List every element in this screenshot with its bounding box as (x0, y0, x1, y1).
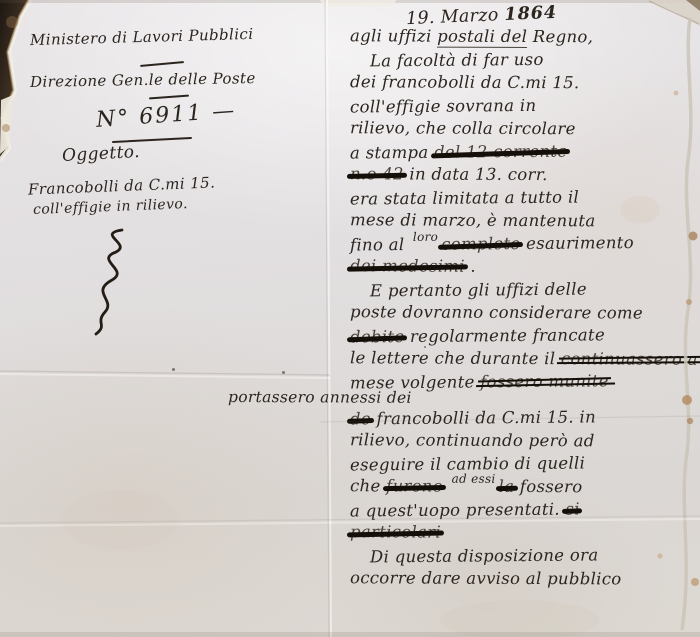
text-segment: era stata limitata a tutto il (350, 188, 579, 209)
manuscript-line: fino al lorocompleto esaurimento (350, 230, 698, 256)
subject-label: Oggetto. (62, 142, 141, 166)
ink-dot (424, 346, 426, 348)
struck-text: furono (386, 476, 443, 495)
text-segment: mese di marzo, è mantenuta (350, 210, 596, 230)
text-segment: che (350, 476, 386, 495)
text-segment: E pertanto gli uffizi delle (370, 280, 587, 301)
text-segment: 1864 (504, 3, 558, 25)
text-segment: occorre dare avviso al pubblico (350, 568, 622, 588)
struck-text: la (499, 477, 515, 496)
manuscript-line: che furono ad essila fossero (350, 474, 698, 499)
manuscript-line: La facoltà di far uso (370, 47, 698, 73)
struck-text: dei medesimi (350, 256, 465, 276)
text-segment: portassero annessi dei (228, 388, 412, 407)
struck-text: del 12 corrente (434, 142, 567, 162)
ink-dot (282, 371, 285, 374)
struck-text: particolari (350, 522, 441, 541)
struck-text: completo (441, 234, 521, 254)
manuscript-line: era stata limitata a tutto il (350, 184, 698, 210)
struck-text: fossero munite (480, 371, 609, 391)
letter-body: 19. Marzo 1864agli uffizi postali del Re… (350, 2, 698, 590)
text-segment: rilievo, che colla circolare (350, 118, 576, 138)
struck-text: debite (350, 327, 405, 346)
document-photo: Ministero di Lavori Pubblici Direzione G… (0, 0, 700, 637)
text-segment: coll'effigie sovrana in (350, 96, 537, 117)
struck-text: n.o 42 (350, 164, 404, 183)
manuscript-line: dei francobolli da C.mi 15. (350, 70, 698, 95)
manuscript-line: mese di marzo, è mantenuta (350, 208, 698, 233)
text-segment: postali del (437, 27, 527, 48)
manuscript-line: poste dovranno considerare come (350, 300, 698, 325)
manuscript-line: rilievo, continuando però ad (350, 428, 698, 453)
struck-text: si (565, 500, 580, 519)
text-segment: le lettere che durante il (350, 348, 561, 368)
text-segment: poste dovranno considerare come (350, 302, 643, 322)
manuscript-line: eseguire il cambio di quelli (350, 450, 698, 476)
struck-text: continuassero a por (561, 349, 700, 369)
text-segment: fino al (350, 235, 410, 255)
text-segment: rilievo, continuando però ad (350, 430, 595, 450)
text-segment: regolarmente francate (404, 325, 605, 346)
manuscript-line: E pertanto gli uffizi delle (370, 277, 698, 303)
manuscript-line: Di questa disposizione ora (370, 543, 698, 569)
text-segment: fossero (514, 477, 582, 496)
text-segment: esaurimento (520, 233, 633, 253)
manuscript-line: particolari (350, 520, 698, 545)
struck-text: de (350, 409, 371, 428)
text-segment: a quest'uopo presentati. (350, 500, 566, 521)
text-segment: in data 13. corr. (404, 164, 548, 184)
manuscript-line: a stampa del 12 corrente (350, 138, 698, 164)
text-segment: francobolli da C.mi 15. in (371, 407, 596, 428)
text-segment: agli uffizi (350, 26, 437, 45)
manuscript-line: n.o 42 in data 13. corr. (350, 162, 698, 187)
manuscript-line: dei medesimi . (350, 254, 698, 279)
manuscript-line: a quest'uopo presentati. si (350, 496, 698, 522)
ink-dot (172, 368, 175, 371)
text-segment: dei francobolli da C.mi 15. (350, 72, 580, 92)
text-segment: Di questa disposizione ora (370, 545, 599, 566)
inserted-text: ad essi (452, 468, 496, 491)
manuscript-line: de francobolli da C.mi 15. in (350, 404, 698, 430)
manuscript-line: rilievo, che colla circolare (350, 116, 698, 141)
text-segment: Regno, (527, 27, 593, 46)
manuscript-line: le lettere che durante il continuassero … (350, 346, 698, 371)
flourish-squiggle (78, 226, 140, 338)
manuscript-line: coll'effigie sovrana in (350, 92, 698, 118)
manuscript-line: occorre dare avviso al pubblico (350, 566, 698, 591)
text-segment: La facoltà di far uso (370, 50, 544, 71)
text-segment: a stampa (350, 143, 434, 163)
inserted-text: loro (413, 226, 438, 249)
manuscript-line: agli uffizi postali del Regno, (350, 24, 698, 49)
manuscript-line: debite regolarmente francate (350, 322, 698, 348)
